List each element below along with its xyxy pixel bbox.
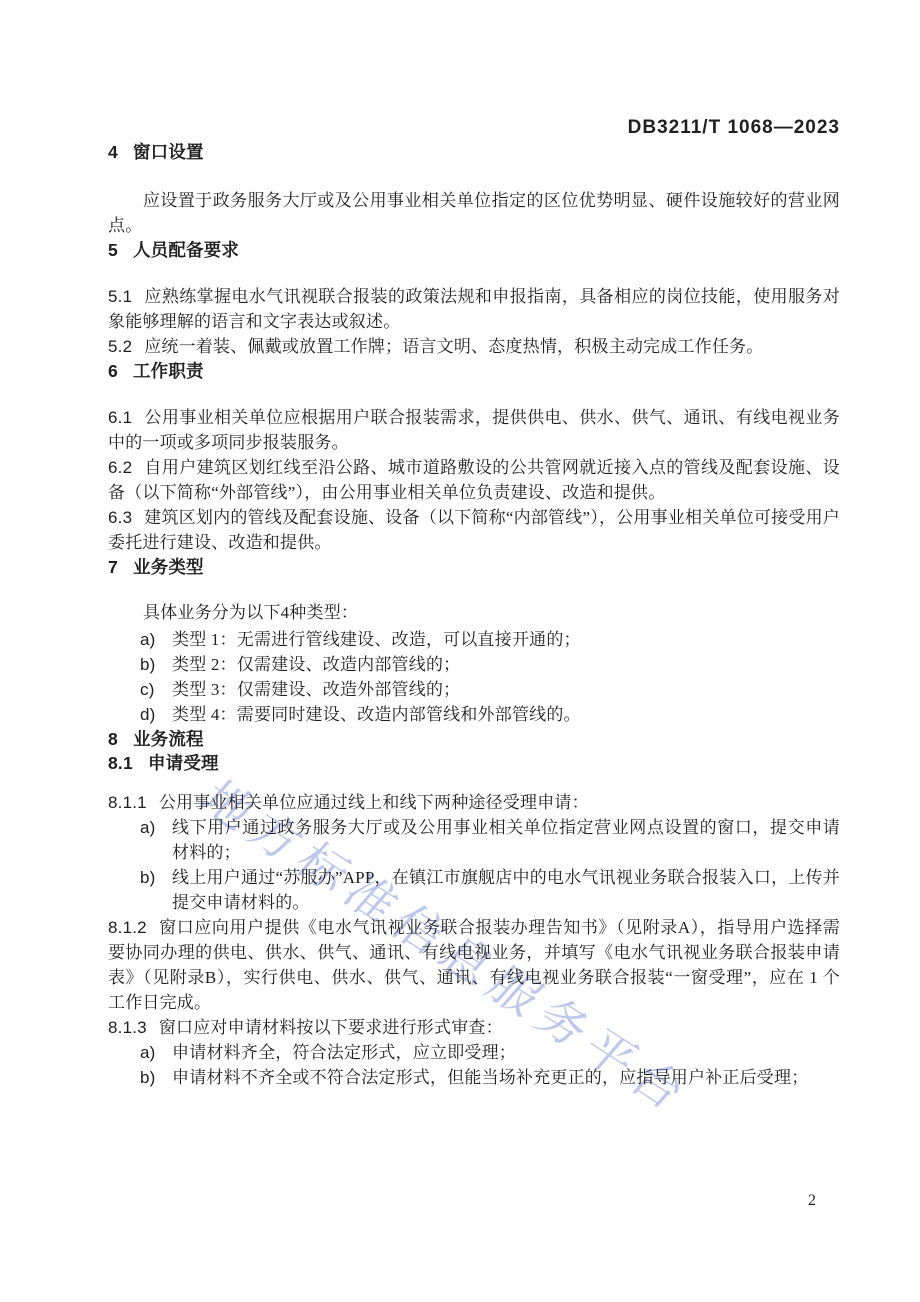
list-marker-813b: b) bbox=[140, 1065, 156, 1090]
clause-6-1: 6.1公用事业相关单位应根据用户联合报装需求，提供供电、供水、供气、通讯、有线电… bbox=[108, 405, 840, 455]
clause-6-3-text: 建筑区划内的管线及配套设施、设备（以下简称“内部管线”），公用事业相关单位可接受… bbox=[108, 508, 840, 552]
clause-6-1-text: 公用事业相关单位应根据用户联合报装需求，提供供电、供水、供气、通讯、有线电视业务… bbox=[108, 408, 840, 452]
clause-6-2-text: 自用户建筑区划红线至沿公路、城市道路敷设的公共管网就近接入点的管线及配套设施、设… bbox=[108, 458, 840, 502]
doc-number: DB3211/T 1068—2023 bbox=[108, 0, 840, 140]
document-page: 地方标准信息服务平台 DB3211/T 1068—2023 4窗口设置 应设置于… bbox=[0, 0, 920, 1302]
list-item-813a: a)申请材料齐全，符合法定形式，应立即受理； bbox=[108, 1040, 840, 1065]
list-text-7a: 类型 1：无需进行管线建设、改造，可以直接开通的； bbox=[172, 630, 581, 649]
list-text-811a: 线下用户通过政务服务大厅或及公用事业相关单位指定营业网点设置的窗口，提交申请材料… bbox=[172, 818, 840, 862]
list-marker-811a: a) bbox=[140, 815, 156, 840]
clause-6-2-number: 6.2 bbox=[108, 458, 132, 477]
clause-5-2: 5.2应统一着装、佩戴或放置工作牌；语言文明、态度热情，积极主动完成工作任务。 bbox=[108, 334, 840, 359]
list-marker-813a: a) bbox=[140, 1040, 156, 1065]
list-marker-7a: a) bbox=[140, 627, 156, 652]
section-8-1-title: 申请受理 bbox=[148, 753, 219, 773]
clause-5-1: 5.1应熟练掌握电水气讯视联合报装的政策法规和申报指南，具备相应的岗位技能，使用… bbox=[108, 284, 840, 334]
paragraph-4-1: 应设置于政务服务大厅或及公用事业相关单位指定的区位优势明显、硬件设施较好的营业网… bbox=[108, 188, 840, 238]
paragraph-7-intro: 具体业务分为以下4种类型： bbox=[108, 600, 840, 625]
clause-8-1-1-text: 公用事业相关单位应通过线上和线下两种途径受理申请： bbox=[159, 793, 589, 812]
section-8-title: 业务流程 bbox=[133, 729, 204, 749]
clause-8-1-2-number: 8.1.2 bbox=[108, 918, 147, 937]
section-7-number: 7 bbox=[108, 557, 118, 577]
clause-6-1-number: 6.1 bbox=[108, 408, 132, 427]
page-number: 2 bbox=[808, 1192, 816, 1210]
clause-8-1-1: 8.1.1公用事业相关单位应通过线上和线下两种途径受理申请： bbox=[108, 790, 840, 815]
clause-5-2-number: 5.2 bbox=[108, 337, 132, 356]
list-text-7d: 类型 4：需要同时建设、改造内部管线和外部管线的。 bbox=[172, 705, 581, 724]
section-5-title: 人员配备要求 bbox=[133, 240, 239, 260]
clause-8-1-2-text: 窗口应向用户提供《电水气讯视业务联合报装办理告知书》（见附录A），指导用户选择需… bbox=[108, 918, 840, 1012]
list-text-7b: 类型 2：仅需建设、改造内部管线的； bbox=[172, 655, 460, 674]
section-heading-8-1: 8.1申请受理 bbox=[108, 751, 840, 775]
clause-5-1-number: 5.1 bbox=[108, 287, 132, 306]
section-heading-7: 7业务类型 bbox=[108, 555, 840, 579]
clause-8-1-1-number: 8.1.1 bbox=[108, 793, 147, 812]
list-text-813b: 申请材料不齐全或不符合法定形式，但能当场补充更正的，应指导用户补正后受理； bbox=[172, 1068, 808, 1087]
section-heading-8: 8业务流程 bbox=[108, 727, 840, 751]
clause-8-1-3-number: 8.1.3 bbox=[108, 1018, 147, 1037]
list-item-811a: a)线下用户通过政务服务大厅或及公用事业相关单位指定营业网点设置的窗口，提交申请… bbox=[108, 815, 840, 865]
clause-6-3: 6.3建筑区划内的管线及配套设施、设备（以下简称“内部管线”），公用事业相关单位… bbox=[108, 505, 840, 555]
list-item-811b: b)线上用户通过“苏服办”APP，在镇江市旗舰店中的电水气讯视业务联合报装入口，… bbox=[108, 865, 840, 915]
clause-6-3-number: 6.3 bbox=[108, 508, 132, 527]
clause-5-1-text: 应熟练掌握电水气讯视联合报装的政策法规和申报指南，具备相应的岗位技能，使用服务对… bbox=[108, 287, 840, 331]
clause-6-2: 6.2自用户建筑区划红线至沿公路、城市道路敷设的公共管网就近接入点的管线及配套设… bbox=[108, 455, 840, 505]
section-5-number: 5 bbox=[108, 240, 118, 260]
clause-8-1-3: 8.1.3窗口应对申请材料按以下要求进行形式审查： bbox=[108, 1015, 840, 1040]
list-item-813b: b)申请材料不齐全或不符合法定形式，但能当场补充更正的，应指导用户补正后受理； bbox=[108, 1065, 840, 1090]
section-heading-4: 4窗口设置 bbox=[108, 140, 840, 164]
section-4-number: 4 bbox=[108, 142, 118, 162]
list-item-7c: c)类型 3：仅需建设、改造外部管线的； bbox=[108, 677, 840, 702]
list-text-7c: 类型 3：仅需建设、改造外部管线的； bbox=[172, 680, 460, 699]
list-marker-811b: b) bbox=[140, 865, 156, 890]
list-item-7b: b)类型 2：仅需建设、改造内部管线的； bbox=[108, 652, 840, 677]
section-6-title: 工作职责 bbox=[133, 361, 204, 381]
list-text-813a: 申请材料齐全，符合法定形式，应立即受理； bbox=[172, 1043, 516, 1062]
list-marker-7c: c) bbox=[140, 677, 155, 702]
list-marker-7d: d) bbox=[140, 702, 156, 727]
section-8-1-number: 8.1 bbox=[108, 753, 133, 773]
page-content: DB3211/T 1068—2023 4窗口设置 应设置于政务服务大厅或及公用事… bbox=[108, 0, 840, 1090]
clause-8-1-2: 8.1.2窗口应向用户提供《电水气讯视业务联合报装办理告知书》（见附录A），指导… bbox=[108, 915, 840, 1015]
list-item-7a: a)类型 1：无需进行管线建设、改造，可以直接开通的； bbox=[108, 627, 840, 652]
clause-5-2-text: 应统一着装、佩戴或放置工作牌；语言文明、态度热情，积极主动完成工作任务。 bbox=[144, 337, 763, 356]
clause-8-1-3-text: 窗口应对申请材料按以下要求进行形式审查： bbox=[159, 1018, 503, 1037]
section-heading-5: 5人员配备要求 bbox=[108, 238, 840, 262]
list-marker-7b: b) bbox=[140, 652, 156, 677]
list-text-811b: 线上用户通过“苏服办”APP，在镇江市旗舰店中的电水气讯视业务联合报装入口，上传… bbox=[172, 868, 840, 912]
section-4-title: 窗口设置 bbox=[133, 142, 204, 162]
section-7-title: 业务类型 bbox=[133, 557, 204, 577]
list-item-7d: d)类型 4：需要同时建设、改造内部管线和外部管线的。 bbox=[108, 702, 840, 727]
section-6-number: 6 bbox=[108, 361, 118, 381]
section-heading-6: 6工作职责 bbox=[108, 359, 840, 383]
section-8-number: 8 bbox=[108, 729, 118, 749]
